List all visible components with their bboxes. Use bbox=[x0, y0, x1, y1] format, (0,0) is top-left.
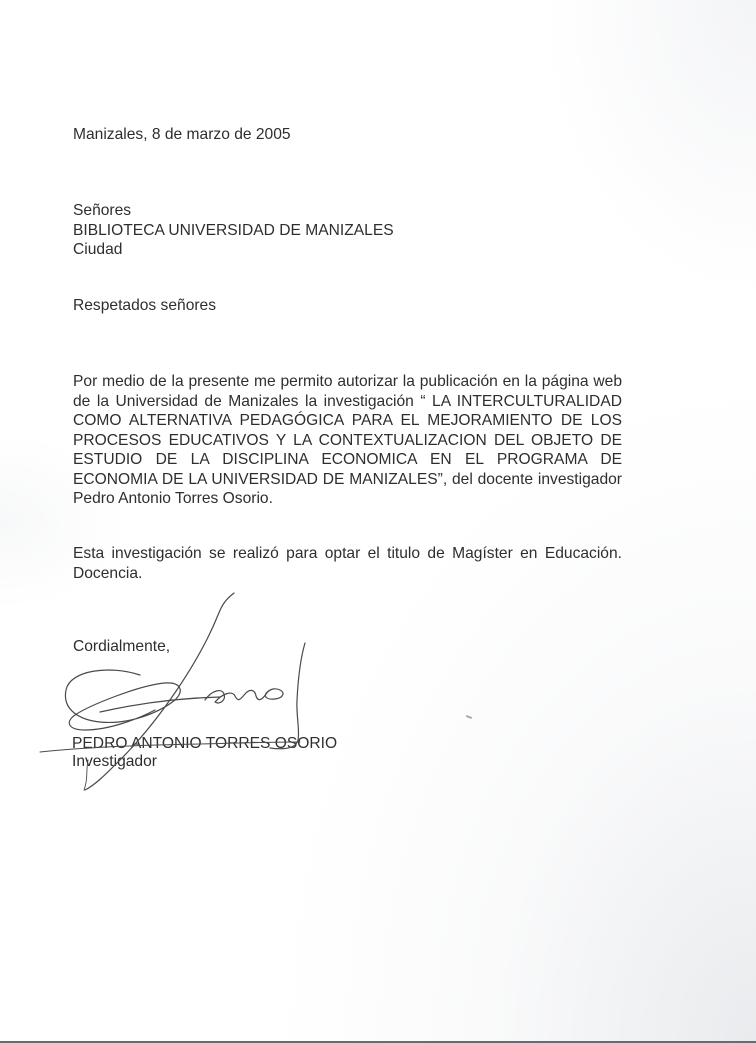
closing: Cordialmente, bbox=[73, 637, 170, 657]
recipient-block: Señores BIBLIOTECA UNIVERSIDAD DE MANIZA… bbox=[73, 201, 394, 260]
handwritten-signature bbox=[0, 0, 756, 1043]
recipient-city: Ciudad bbox=[73, 240, 394, 260]
signer-role: Investigador bbox=[72, 752, 157, 772]
scanned-letter-page: Manizales, 8 de marzo de 2005 Señores BI… bbox=[0, 0, 756, 1043]
scan-speck bbox=[466, 715, 472, 719]
signer-name: PEDRO ANTONIO TORRES OSORIO bbox=[72, 734, 337, 754]
greeting: Respetados señores bbox=[73, 296, 216, 316]
recipient-salutation: Señores bbox=[73, 201, 394, 221]
date-line: Manizales, 8 de marzo de 2005 bbox=[73, 125, 291, 145]
body-paragraph-degree: Esta investigación se realizó para optar… bbox=[73, 544, 622, 583]
body-paragraph-authorization: Por medio de la presente me permito auto… bbox=[73, 372, 622, 509]
recipient-organization: BIBLIOTECA UNIVERSIDAD DE MANIZALES bbox=[73, 221, 394, 241]
